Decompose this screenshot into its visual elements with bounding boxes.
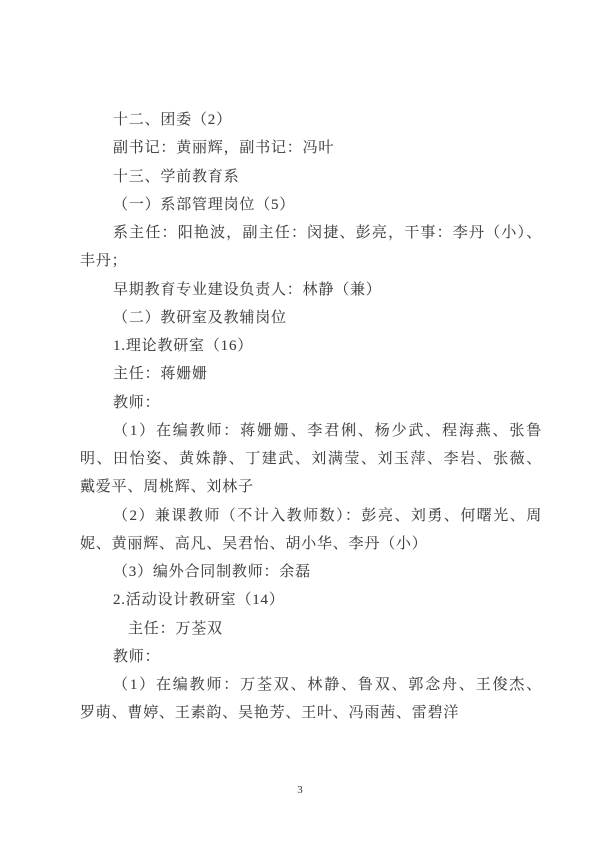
text-line: （1）在编教师：万荃双、林静、鲁双、郭念舟、王俊杰、 xyxy=(80,671,542,699)
text-line: 十二、团委（2） xyxy=(80,106,542,134)
document-page: 十二、团委（2）副书记：黄丽辉，副书记：冯叶十三、学前教育系（一）系部管理岗位（… xyxy=(0,0,600,849)
text-line: （2）兼课教师（不计入教师数）：彭亮、刘勇、何曙光、周 xyxy=(80,502,542,530)
text-line: 妮、黄丽辉、高凡、吴君怡、胡小华、李丹（小） xyxy=(80,530,542,558)
text-line: 早期教育专业建设负责人：林静（兼） xyxy=(80,276,542,304)
text-line: 2.活动设计教研室（14） xyxy=(80,586,542,614)
text-line: （3）编外合同制教师：余磊 xyxy=(80,558,542,586)
text-line: 戴爱平、周桃辉、刘林子 xyxy=(80,473,542,501)
text-line: 系主任：阳艳波，副主任：闵捷、彭亮，干事：李丹（小）、 xyxy=(80,219,542,247)
text-line: 副书记：黄丽辉，副书记：冯叶 xyxy=(80,134,542,162)
text-line: 教师： xyxy=(80,643,542,671)
page-number: 3 xyxy=(297,784,303,796)
text-line: 主任：蒋姗姗 xyxy=(80,360,542,388)
document-body: 十二、团委（2）副书记：黄丽辉，副书记：冯叶十三、学前教育系（一）系部管理岗位（… xyxy=(80,106,542,728)
text-line: （二）教研室及教辅岗位 xyxy=(80,304,542,332)
text-line: （1）在编教师：蒋姗姗、李君俐、杨少武、程海燕、张鲁 xyxy=(80,417,542,445)
text-line: 教师： xyxy=(80,389,542,417)
text-line: （一）系部管理岗位（5） xyxy=(80,191,542,219)
text-line: 1.理论教研室（16） xyxy=(80,332,542,360)
text-line: 丰丹； xyxy=(80,247,542,275)
text-line: 主任：万荃双 xyxy=(80,615,542,643)
text-line: 罗萌、曹婷、王素韵、吴艳芳、王叶、冯雨茜、雷碧洋 xyxy=(80,699,542,727)
page-footer: 3 xyxy=(0,780,600,798)
text-line: 明、田怡姿、黄姝静、丁建武、刘满莹、刘玉萍、李岩、张薇、 xyxy=(80,445,542,473)
text-line: 十三、学前教育系 xyxy=(80,163,542,191)
